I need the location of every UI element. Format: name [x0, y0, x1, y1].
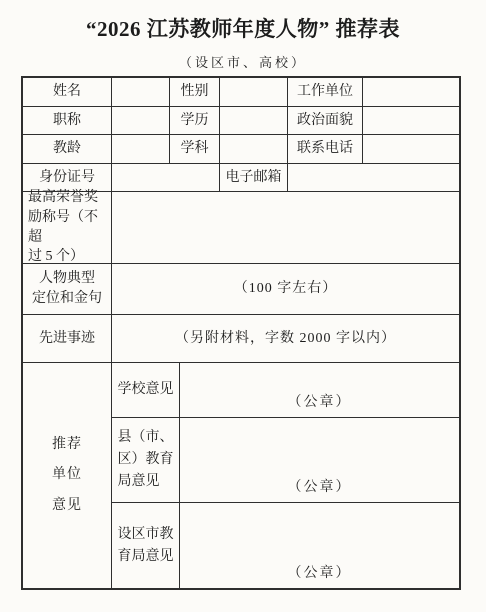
professional-title-label: 职称: [23, 107, 112, 134]
row-deeds: 先进事迹 （另附材料，字数 2000 字以内）: [23, 315, 459, 363]
education-value-cell: [220, 107, 288, 134]
county-opinion-row: 县（市、 区）教育 局意见 （公章）: [112, 418, 459, 503]
form-page: “2026 江苏教师年度人物” 推荐表 （设区市、高校） 姓名 性别 工作单位 …: [0, 0, 486, 612]
phone-label: 联系电话: [288, 135, 363, 163]
deeds-label: 先进事迹: [23, 315, 112, 362]
gender-label: 性别: [170, 78, 220, 106]
school-opinion-seal: （公章）: [180, 363, 459, 417]
school-opinion-row: 学校意见 （公章）: [112, 363, 459, 418]
subject-label: 学科: [170, 135, 220, 163]
name-value-cell: [112, 78, 170, 106]
deeds-hint: （另附材料，字数 2000 字以内）: [112, 315, 459, 362]
recommendation-subrows: 学校意见 （公章） 县（市、 区）教育 局意见 （公章） 设区市教 育局意见 （…: [112, 363, 459, 588]
recommendation-label: 推荐 单位 意见: [23, 363, 112, 588]
city-opinion-label: 设区市教 育局意见: [112, 503, 180, 588]
row-persona: 人物典型 定位和金句 （100 字左右）: [23, 264, 459, 315]
top-honors-label: 最高荣誉奖 励称号（不超 过 5 个）: [23, 192, 112, 263]
page-title: “2026 江苏教师年度人物” 推荐表: [0, 0, 486, 43]
row-top-honors: 最高荣誉奖 励称号（不超 过 5 个）: [23, 192, 459, 264]
persona-hint: （100 字左右）: [112, 264, 459, 314]
political-status-value-cell: [363, 107, 459, 134]
id-number-value-cell: [112, 164, 220, 191]
gender-value-cell: [220, 78, 288, 106]
city-opinion-row: 设区市教 育局意见 （公章）: [112, 503, 459, 588]
professional-title-value-cell: [112, 107, 170, 134]
top-honors-value-cell: [112, 192, 459, 263]
name-label: 姓名: [23, 78, 112, 106]
row-recommendation: 推荐 单位 意见 学校意见 （公章） 县（市、 区）教育 局意见 （公章） 设区…: [23, 363, 459, 588]
county-opinion-label: 县（市、 区）教育 局意见: [112, 418, 180, 502]
id-number-label: 身份证号: [23, 164, 112, 191]
education-label: 学历: [170, 107, 220, 134]
recommendation-table: 姓名 性别 工作单位 职称 学历 政治面貌 教龄 学科 联系电话 身份: [21, 76, 461, 590]
county-opinion-seal: （公章）: [180, 418, 459, 502]
city-opinion-seal: （公章）: [180, 503, 459, 588]
work-unit-value-cell: [363, 78, 459, 106]
phone-value-cell: [363, 135, 459, 163]
school-opinion-label: 学校意见: [112, 363, 180, 417]
persona-label: 人物典型 定位和金句: [23, 264, 112, 314]
row-basic-2: 职称 学历 政治面貌: [23, 107, 459, 135]
email-value-cell: [288, 164, 459, 191]
work-unit-label: 工作单位: [288, 78, 363, 106]
page-subtitle: （设区市、高校）: [0, 52, 486, 71]
row-basic-3: 教龄 学科 联系电话: [23, 135, 459, 164]
teaching-age-value-cell: [112, 135, 170, 163]
subject-value-cell: [220, 135, 288, 163]
row-basic-1: 姓名 性别 工作单位: [23, 78, 459, 107]
teaching-age-label: 教龄: [23, 135, 112, 163]
email-label: 电子邮箱: [220, 164, 288, 191]
political-status-label: 政治面貌: [288, 107, 363, 134]
